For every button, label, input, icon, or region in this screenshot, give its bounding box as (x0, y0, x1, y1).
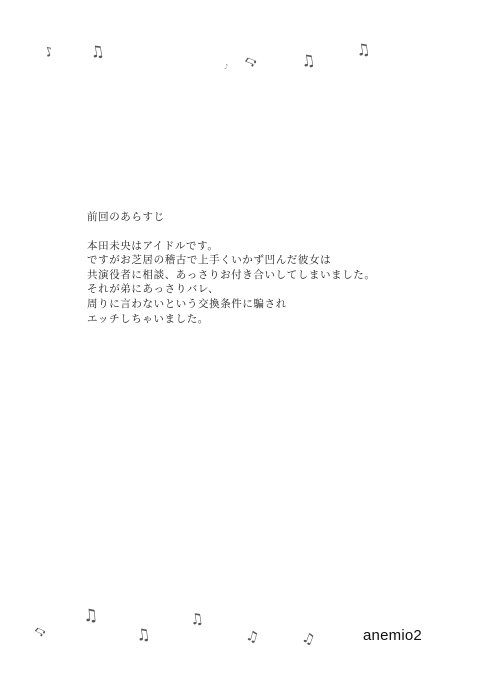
synopsis-line: 共演役者に相談、あっさりお付き合いしてしまいました。 (87, 268, 417, 283)
synopsis-line: 周りに言わないという交換条件に騙され (87, 297, 417, 312)
music-note-icon: ♫ (189, 611, 204, 628)
music-note-icon: ♫ (135, 626, 151, 644)
music-note-icon: ♫ (300, 630, 317, 647)
music-note-icon: ♫ (32, 625, 47, 640)
music-note-icon: ♫ (89, 43, 106, 61)
synopsis-block: 前回のあらすじ 本田未央はアイドルです。 ですがお芝居の稽古で上手くいかず凹んだ… (87, 210, 417, 326)
music-note-icon: ♫ (243, 55, 259, 70)
synopsis-line: それが弟にあっさりバレ、 (87, 282, 417, 297)
music-note-icon: ♫ (244, 629, 260, 646)
signature: anemio2 (363, 627, 422, 644)
music-note-icon: ♫ (82, 607, 99, 625)
music-note-icon: ♪ (224, 64, 228, 71)
synopsis-heading: 前回のあらすじ (87, 210, 417, 225)
synopsis-line: 本田未央はアイドルです。 (87, 239, 417, 254)
synopsis-line: ですがお芝居の稽古で上手くいかず凹んだ彼女は (87, 253, 417, 268)
music-note-icon: ♪ (43, 45, 55, 60)
synopsis-line: エッチしちゃいました。 (87, 312, 417, 327)
music-note-icon: ♫ (355, 41, 371, 59)
music-note-icon: ♫ (300, 52, 316, 70)
